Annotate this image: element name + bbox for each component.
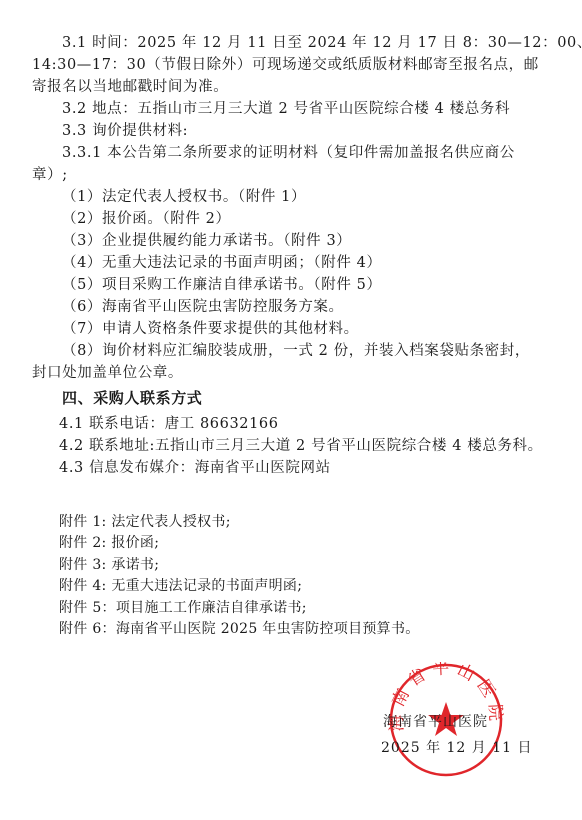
item-4-2-contact-address: 4.2 联系地址:五指山市三月三大道 2 号省平山医院综合楼 4 楼总务科。 <box>59 437 543 455</box>
item-3-2: 3.2 地点：五指山市三月三大道 2 号省平山医院综合楼 4 楼总务科 <box>62 100 510 118</box>
material-item: （4）无重大违法记录的书面声明函；（附件 4） <box>62 254 382 272</box>
attachment-item: 附件 2: 报价函; <box>59 534 159 552</box>
attachment-item: 附件 3: 承诺书; <box>59 556 159 574</box>
attachment-item: 附件 1: 法定代表人授权书; <box>59 513 231 531</box>
signature-date: 2025 年 12 月 11 日 <box>381 739 533 757</box>
material-item: （8）询价材料应汇编胶装成册，一式 2 份，并装入档案袋贴条密封， <box>62 342 530 360</box>
signature-organization: 海南省平山医院 <box>383 713 488 731</box>
item-3-1-line-1: 3.1 时间：2025 年 12 月 11 日至 2024 年 12 月 17 … <box>62 34 582 52</box>
material-item: （6）海南省平山医院虫害防控服务方案。 <box>62 298 344 316</box>
item-4-3-publish-media: 4.3 信息发布媒介：海南省平山医院网站 <box>59 459 331 477</box>
material-item: （7）申请人资格条件要求提供的其他材料。 <box>62 320 359 338</box>
item-3-3-1-line-2: 章）; <box>32 166 68 184</box>
item-3-3-1-line-1: 3.3.1 本公告第二条所要求的证明材料（复印件需加盖报名供应商公 <box>62 144 515 162</box>
item-3-1-line-2: 14:30—17：30（节假日除外）可现场递交或纸质版材料邮寄至报名点，邮 <box>32 56 539 74</box>
item-3-3: 3.3 询价提供材料: <box>62 122 188 140</box>
material-item: （3）企业提供履约能力承诺书。（附件 3） <box>62 232 351 250</box>
attachment-item: 附件 4: 无重大违法记录的书面声明函; <box>59 577 302 595</box>
material-item: （2）报价函。（附件 2） <box>62 210 231 228</box>
section-4-heading: 四、采购人联系方式 <box>62 389 202 407</box>
material-item: （5）项目采购工作廉洁自律承诺书。（附件 5） <box>62 276 382 294</box>
attachment-item: 附件 6：海南省平山医院 2025 年虫害防控项目预算书。 <box>59 620 420 638</box>
item-4-1-contact-phone: 4.1 联系电话：唐工 86632166 <box>59 415 279 433</box>
item-3-1-line-3: 寄报名以当地邮戳时间为准。 <box>32 78 228 96</box>
material-item-8-continuation: 封口处加盖单位公章。 <box>32 364 183 382</box>
material-item: （1）法定代表人授权书。（附件 1） <box>62 188 306 206</box>
attachment-item: 附件 5：项目施工工作廉洁自律承诺书; <box>59 599 307 617</box>
document-page: 3.1 时间：2025 年 12 月 11 日至 2024 年 12 月 17 … <box>0 0 582 820</box>
